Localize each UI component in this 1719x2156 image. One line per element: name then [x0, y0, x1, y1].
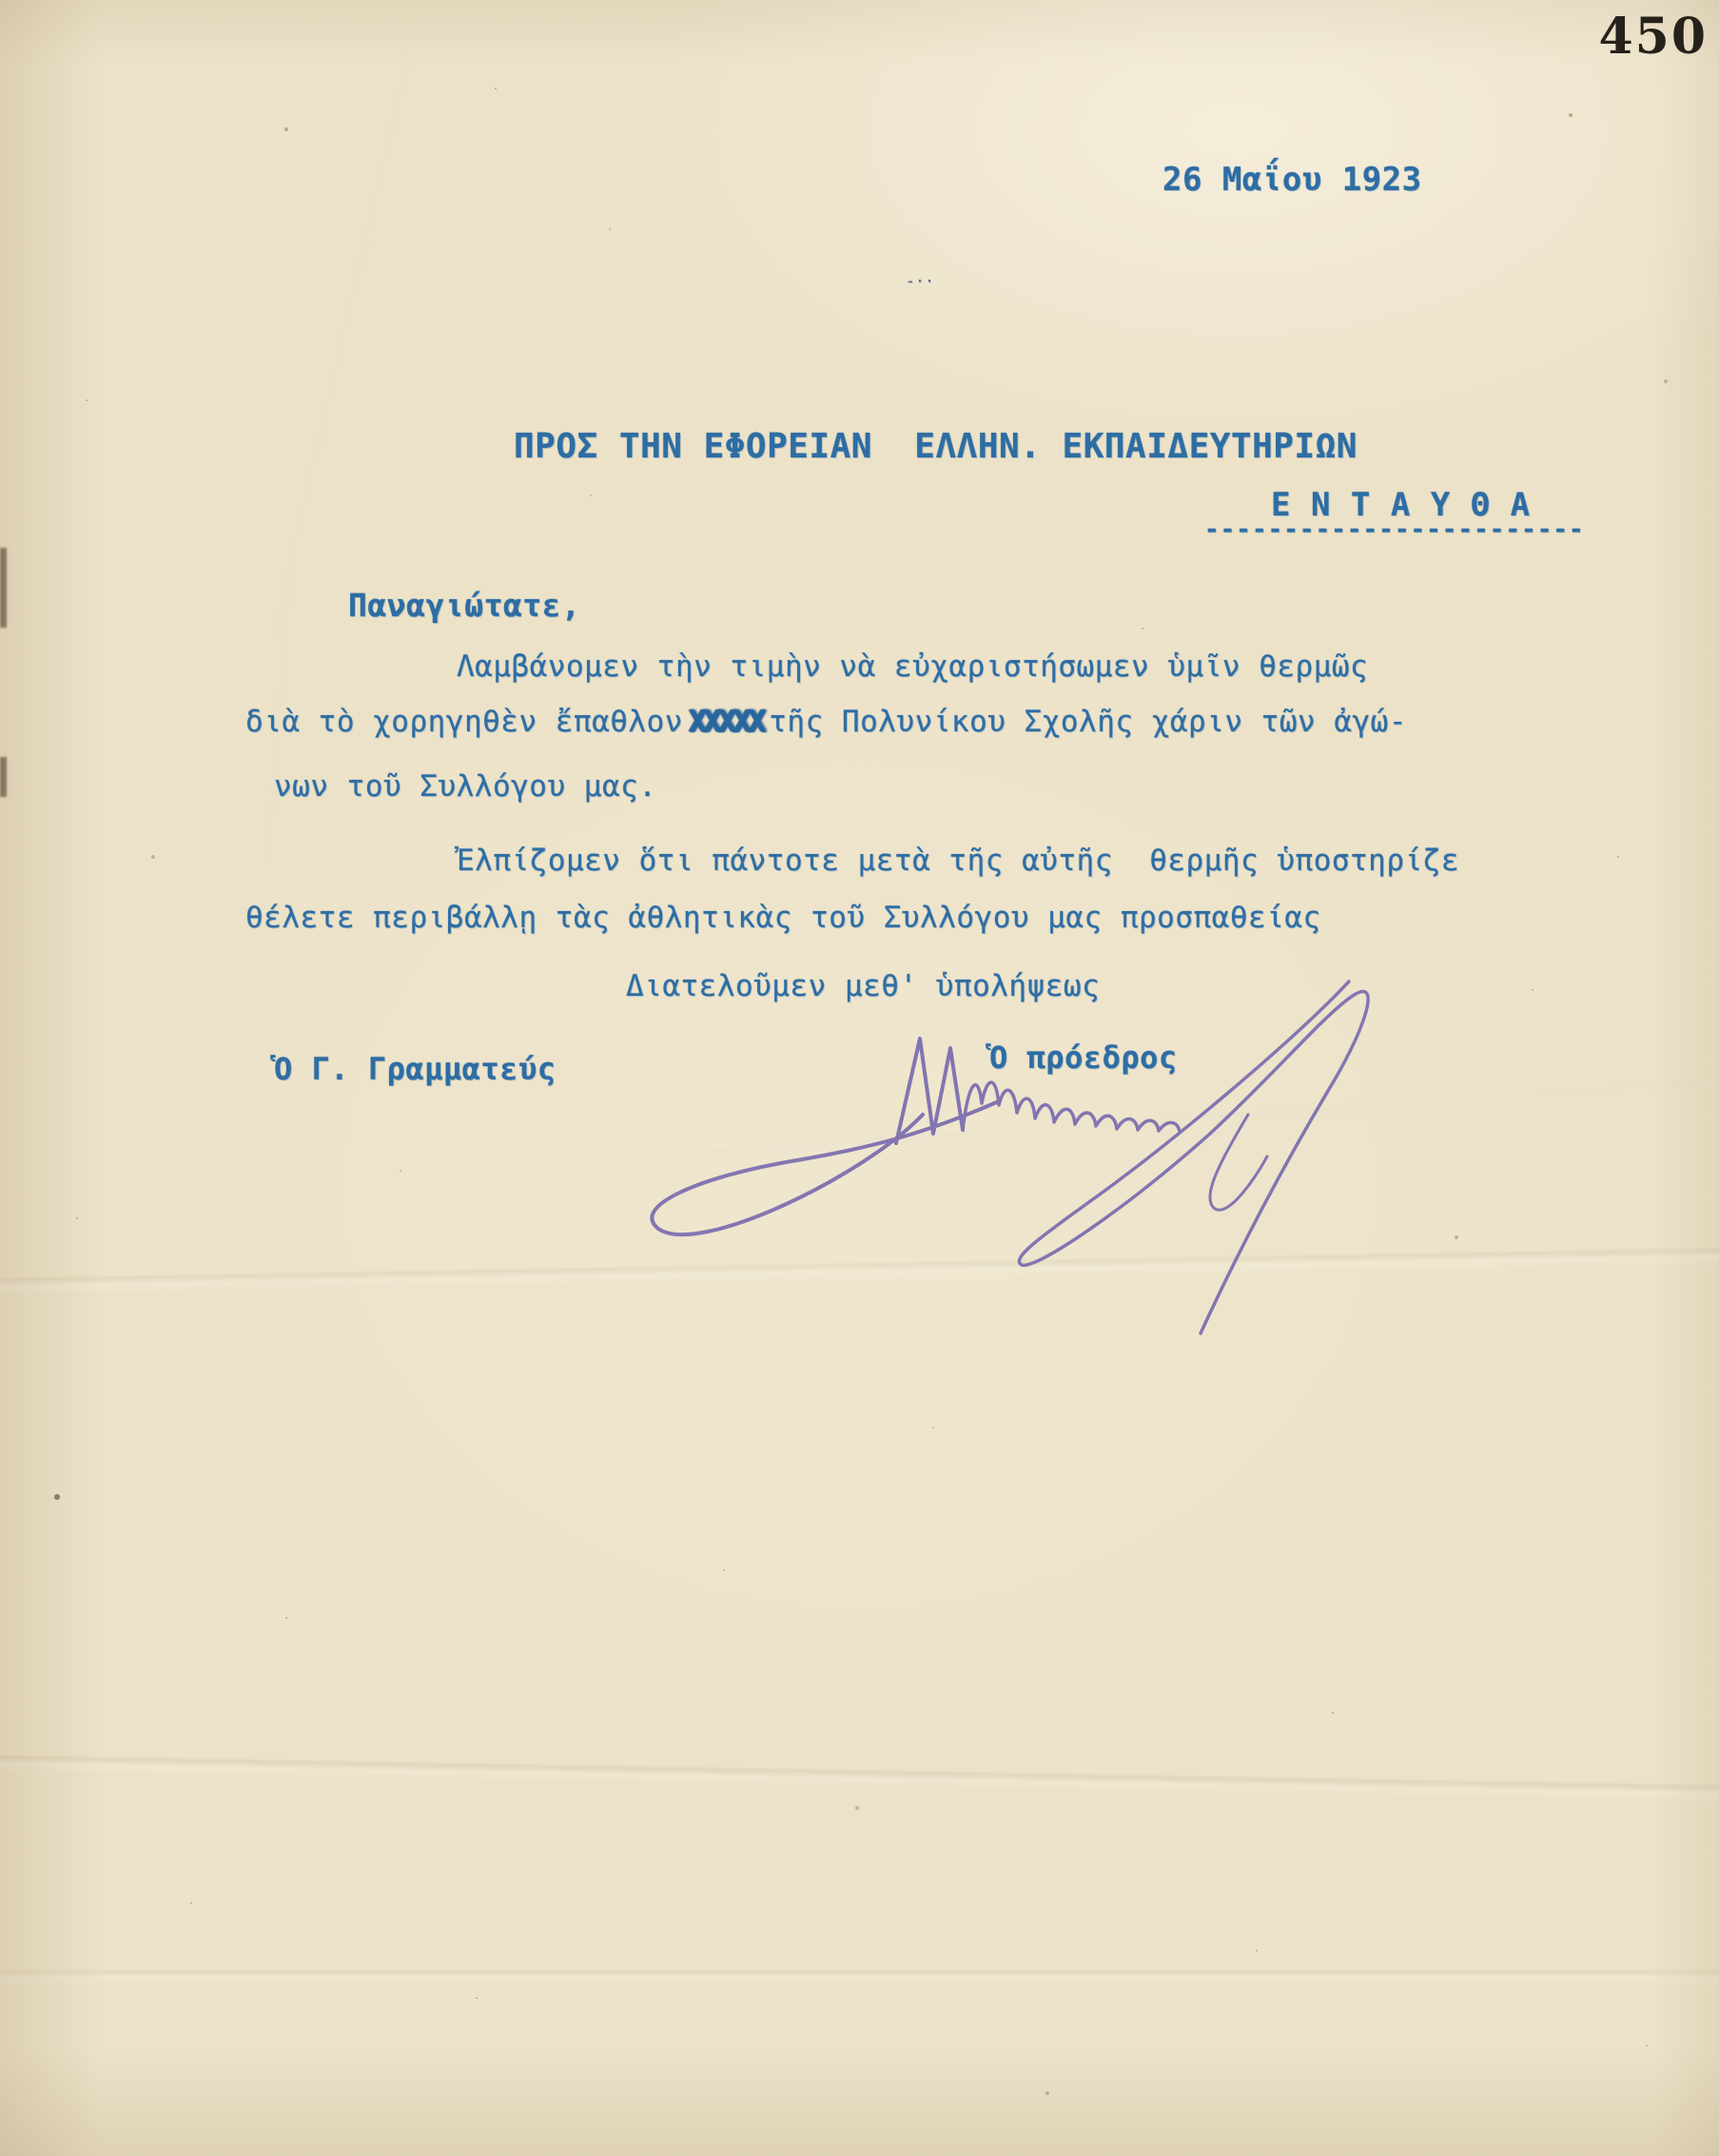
- archive-page-number: 450: [1598, 8, 1708, 66]
- overstruck-word: ΧΧΧΧΧ: [689, 705, 763, 739]
- left-edge-ink-mark: [0, 548, 7, 628]
- paper-specks: [0, 0, 2, 2]
- letter-page: 450 26 Μαΐου 1923 -·· ΠΡΟΣ ΤΗΝ ΕΦΟΡΕΙΑΝ …: [0, 0, 1719, 2156]
- body-line-2: διὰ τὸ χορηγηθὲν ἔπαθλονΧΧΧΧΧτῆς Πολυνίκ…: [245, 708, 1407, 737]
- paper-crease: [272, 47, 415, 641]
- location-underline: ------------------------: [1204, 517, 1585, 542]
- left-edge-ink-mark: [0, 757, 7, 797]
- body-line-4: Ἐλπίζομεν ὅτι πάντοτε μετὰ τῆς αὐτῆς θερ…: [457, 846, 1459, 876]
- body-line-2-pre: διὰ τὸ χορηγηθὲν ἔπαθλον: [245, 705, 683, 739]
- body-line-5: θέλετε περιβάλλῃ τὰς ἀθλητικὰς τοῦ Συλλό…: [245, 903, 1321, 933]
- recipient-heading: ΠΡΟΣ ΤΗΝ ΕΦΟΡΕΙΑΝ ΕΛΛΗΝ. ΕΚΠΑΙΔΕΥΤΗΡΙΩΝ: [514, 430, 1358, 464]
- secretary-signature-title: Ὁ Γ. Γραμματεύς: [274, 1054, 556, 1084]
- salutation: Παναγιώτατε,: [348, 590, 580, 621]
- body-line-2-post: τῆς Πολυνίκου Σχολῆς χάριν τῶν ἀγώ-: [769, 705, 1407, 739]
- body-line-1: Λαμβάνομεν τὴν τιμὴν νὰ εὐχαριστήσωμεν ὑ…: [457, 652, 1368, 682]
- president-handwritten-signature: [590, 980, 1465, 1360]
- paper-crease: [251, 590, 290, 1083]
- stray-ink-mark: -··: [906, 274, 934, 289]
- body-line-3: νων τοῦ Συλλόγου μας.: [274, 772, 656, 802]
- letter-date: 26 Μαΐου 1923: [1162, 164, 1422, 196]
